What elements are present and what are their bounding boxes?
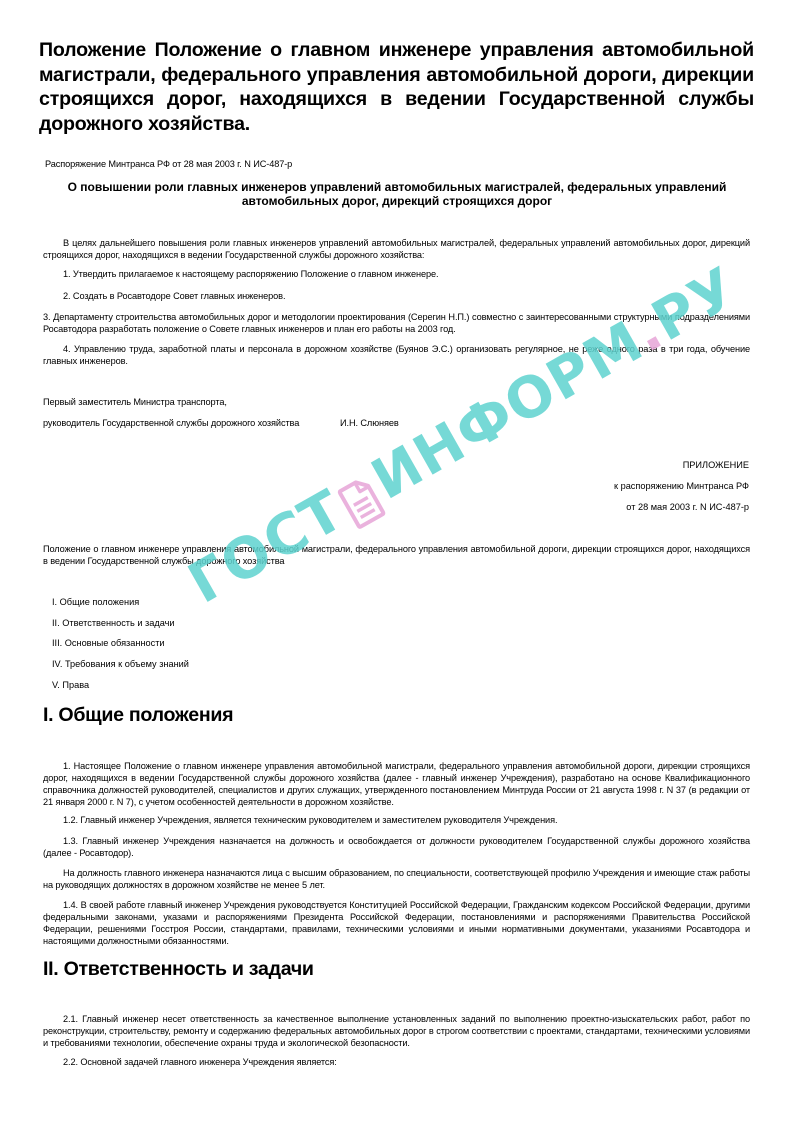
order-preamble: В целях дальнейшего повышения роли главн… [43, 237, 750, 261]
watermark-text-right: ИНФОРМ [361, 309, 654, 513]
appendix-label: ПРИЛОЖЕНИЕ [683, 459, 749, 471]
appendix-ref-line1: к распоряжению Минтранса РФ [614, 480, 749, 492]
toc-link-responsibility[interactable]: II. Ответственность и задачи [52, 617, 175, 629]
regulation-title: Положение о главном инженере управления … [43, 543, 750, 567]
order-item: 1. Утвердить прилагаемое к настоящему ра… [43, 268, 750, 280]
signature-position-line1: Первый заместитель Министра транспорта, [43, 396, 227, 408]
appendix-ref-line2: от 28 мая 2003 г. N ИС-487-р [626, 501, 749, 513]
order-item: 3. Департаменту строительства автомобиль… [43, 311, 750, 335]
section-paragraph: 1.3. Главный инженер Учреждения назначае… [43, 835, 750, 859]
section-paragraph: На должность главного инженера назначают… [43, 867, 750, 891]
document-icon [332, 469, 384, 526]
section-paragraph: 1. Настоящее Положение о главном инженер… [43, 760, 750, 808]
toc-link-general[interactable]: I. Общие положения [52, 596, 139, 608]
document-title: Положение Положение о главном инженере у… [39, 38, 754, 136]
section-paragraph: 1.4. В своей работе главный инженер Учре… [43, 899, 750, 947]
document-page: Положение Положение о главном инженере у… [0, 0, 794, 1123]
order-item: 2. Создать в Росавтодоре Совет главных и… [43, 290, 750, 302]
toc-link-knowledge[interactable]: IV. Требования к объему знаний [52, 658, 189, 670]
section-heading: II. Ответственность и задачи [43, 957, 314, 981]
section-paragraph: 2.1. Главный инженер несет ответственнос… [43, 1013, 750, 1049]
order-item: 4. Управлению труда, заработной платы и … [43, 343, 750, 367]
toc-link-duties[interactable]: III. Основные обязанности [52, 637, 165, 649]
section-paragraph: 2.2. Основной задачей главного инженера … [43, 1056, 750, 1068]
signature-position-line2: руководитель Государственной службы доро… [43, 417, 299, 429]
order-subtitle: О повышении роли главных инженеров управ… [60, 180, 734, 208]
signature-name: И.Н. Слюняев [340, 417, 399, 429]
toc-link-rights[interactable]: V. Права [52, 679, 89, 691]
section-heading: I. Общие положения [43, 703, 233, 727]
section-paragraph: 1.2. Главный инженер Учреждения, являетс… [43, 814, 750, 826]
order-reference: Распоряжение Минтранса РФ от 28 мая 2003… [45, 158, 292, 170]
